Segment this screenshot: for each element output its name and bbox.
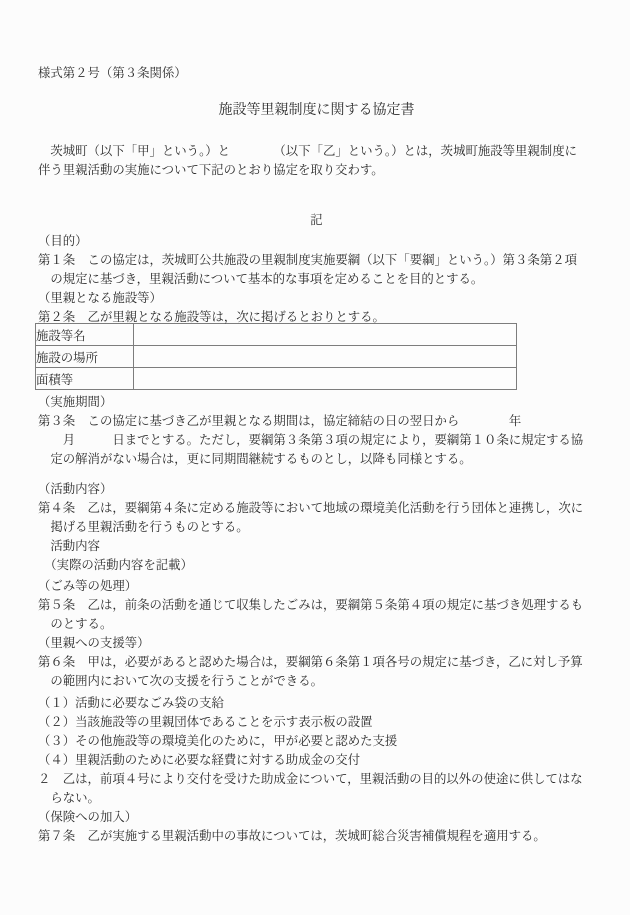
article-3-line-1: 第３条 この協定に基づき乙が里親となる期間は，協定締結の日の翌日から 年 xyxy=(38,412,595,431)
article-5-line-1: 第５条 乙は，前条の活動を通じて収集したごみは，要綱第５条第４項の規定に基づき処… xyxy=(38,596,595,615)
article-7-line-1: 第７条 乙が実施する里親活動中の事故については，茨城町総合災害補償規程を適用する… xyxy=(38,827,595,846)
table-row-facility-area: 面積等 xyxy=(36,368,517,390)
record-marker: 記 xyxy=(38,211,595,230)
document-page: 様式第２号（第３条関係） 施設等里親制度に関する協定書 茨城町（以下「甲」という… xyxy=(0,0,630,915)
form-number: 様式第２号（第３条関係） xyxy=(38,64,595,83)
activity-content-label: 活動内容 xyxy=(38,537,595,556)
article-6-para-2-line-1: ２ 乙は，前項４号により交付を受けた助成金について，里親活動の目的以外の使途に供… xyxy=(38,770,595,789)
article-1-line-2: の規定に基づき，里親活動について基本的な事項を定めることを目的とする。 xyxy=(38,270,595,289)
table-row-facility-location: 施設の場所 xyxy=(36,346,517,368)
article-3-line-3: 定の解消がない場合は，更に同期間継続するものとし，以降も同様とする。 xyxy=(38,450,595,469)
list-item-4: （４）里親活動のために必要な経費に対する助成金の交付 xyxy=(38,751,595,770)
preamble-line-2: 伴う里親活動の実施について下記のとおり協定を取り交わす。 xyxy=(38,161,595,180)
article-6-line-2: の範囲内において次の支援を行うことができる。 xyxy=(38,672,595,691)
section-heading-insurance: （保険への加入） xyxy=(38,808,595,827)
section-heading-support: （里親への支援等） xyxy=(38,634,595,653)
section-heading-garbage: （ごみ等の処理） xyxy=(38,577,595,596)
list-item-2: （２）当該施設等の里親団体であることを示す表示板の設置 xyxy=(38,713,595,732)
list-item-3: （３）その他施設等の環境美化のために，甲が必要と認めた支援 xyxy=(38,732,595,751)
article-3-line-2: 月 日までとする。ただし，要綱第３条第３項の規定により，要綱第１０条に規定する協 xyxy=(38,431,595,450)
table-value-facility-area[interactable] xyxy=(134,368,517,390)
section-heading-facility: （里親となる施設等） xyxy=(38,289,595,308)
article-5-line-2: のとする。 xyxy=(38,615,595,634)
list-item-1: （１）活動に必要なごみ袋の支給 xyxy=(38,694,595,713)
article-6-para-2-line-2: らない。 xyxy=(38,789,595,808)
article-4-line-1: 第４条 乙は，要綱第４条に定める施設等において地域の環境美化活動を行う団体と連携… xyxy=(38,499,595,518)
table-value-facility-location[interactable] xyxy=(134,346,517,368)
section-heading-purpose: （目的） xyxy=(38,232,595,251)
section-heading-activity: （活動内容） xyxy=(38,480,595,499)
article-4-line-2: 掲げる里親活動を行うものとする。 xyxy=(38,518,595,537)
article-6-line-1: 第６条 甲は，必要があると認めた場合は，要綱第６条第１項各号の規定に基づき，乙に… xyxy=(38,653,595,672)
section-heading-period: （実施期間） xyxy=(38,393,595,412)
facility-table: 施設等名 施設の場所 面積等 xyxy=(35,323,517,390)
table-label-facility-location: 施設の場所 xyxy=(36,346,134,368)
preamble-line-1: 茨城町（以下「甲」という。）と （以下「乙」という。）とは，茨城町施設等里親制度… xyxy=(38,142,595,161)
table-label-facility-area: 面積等 xyxy=(36,368,134,390)
article-1-line-1: 第１条 この協定は，茨城町公共施設の里親制度実施要綱（以下「要綱」という。）第３… xyxy=(38,251,595,270)
document-title: 施設等里親制度に関する協定書 xyxy=(38,101,595,120)
activity-content-note: （実際の活動内容を記載） xyxy=(38,556,595,575)
